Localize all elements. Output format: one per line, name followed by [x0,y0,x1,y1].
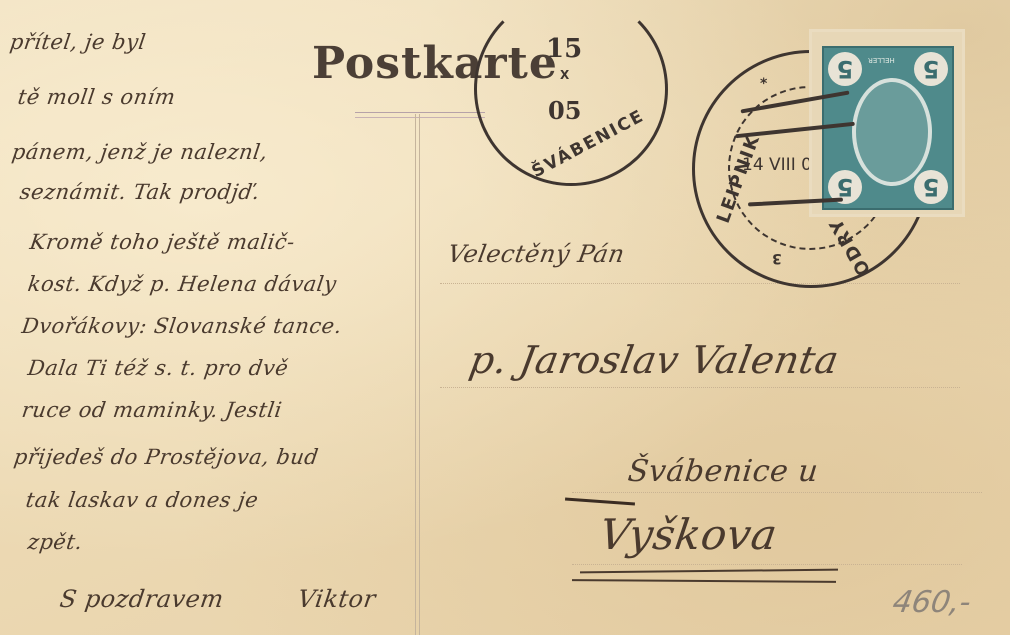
stamp-currency: HELLER [868,56,895,64]
message-line: přijedeš do Prostějova, bud [12,445,320,469]
pen-stroke [565,498,635,506]
address-town: Švábenice u [626,454,820,489]
underline [572,579,836,583]
address-district: Vyškova [597,510,781,559]
stamp-value: 5 [914,52,948,86]
postmark-departure-date: 14 VIII 05 [742,155,823,175]
address-recipient: p. Jaroslav Valenta [466,338,842,382]
title-rule [355,112,485,118]
stamp-value: 5 [828,52,862,86]
message-line: přítel, je byl [8,30,147,54]
message-line: zpět. [26,530,84,554]
message-line: tě moll s oním [16,85,177,109]
message-line: Kromě toho ještě malič- [28,230,296,254]
postmark-departure-number: 3 [772,250,782,266]
pencil-price-note: 460,- [890,585,974,620]
message-line: tak laskav a dones je [24,488,260,512]
message-line: Dala Ti též s. t. pro dvě [26,356,290,380]
stamp-value: 5 [914,170,948,204]
postmark-departure-star: * [760,76,767,92]
message-line: kost. Když p. Helena dávaly [26,272,338,296]
postcard: přítel, je byl tě moll s oním pánem, jen… [0,0,1010,635]
address-rule [440,283,960,284]
address-salutation: Velectěný Pán [446,240,627,268]
address-rule [440,387,960,388]
underline [580,569,838,574]
message-line: Dvořákovy: Slovanské tance. [20,314,343,338]
message-signature: Viktor [296,585,378,613]
stamp-face: 5 5 5 5 HELLER [822,46,954,210]
message-line: seznámit. Tak prodjď. [18,180,261,204]
address-rule [572,564,962,565]
message-line: pánem, jenž je naleznl, [10,140,269,164]
message-closing: S pozdravem [58,585,226,613]
postmark-arrival-day: 15 [546,34,582,64]
address-rule [572,492,982,493]
stamp-portrait-emblem [852,78,932,186]
message-line: ruce od maminky. Jestli [20,398,283,422]
center-divider [415,114,420,635]
postmark-arrival-year: 05 [548,96,581,125]
postmark-arrival-month: X [560,68,569,82]
